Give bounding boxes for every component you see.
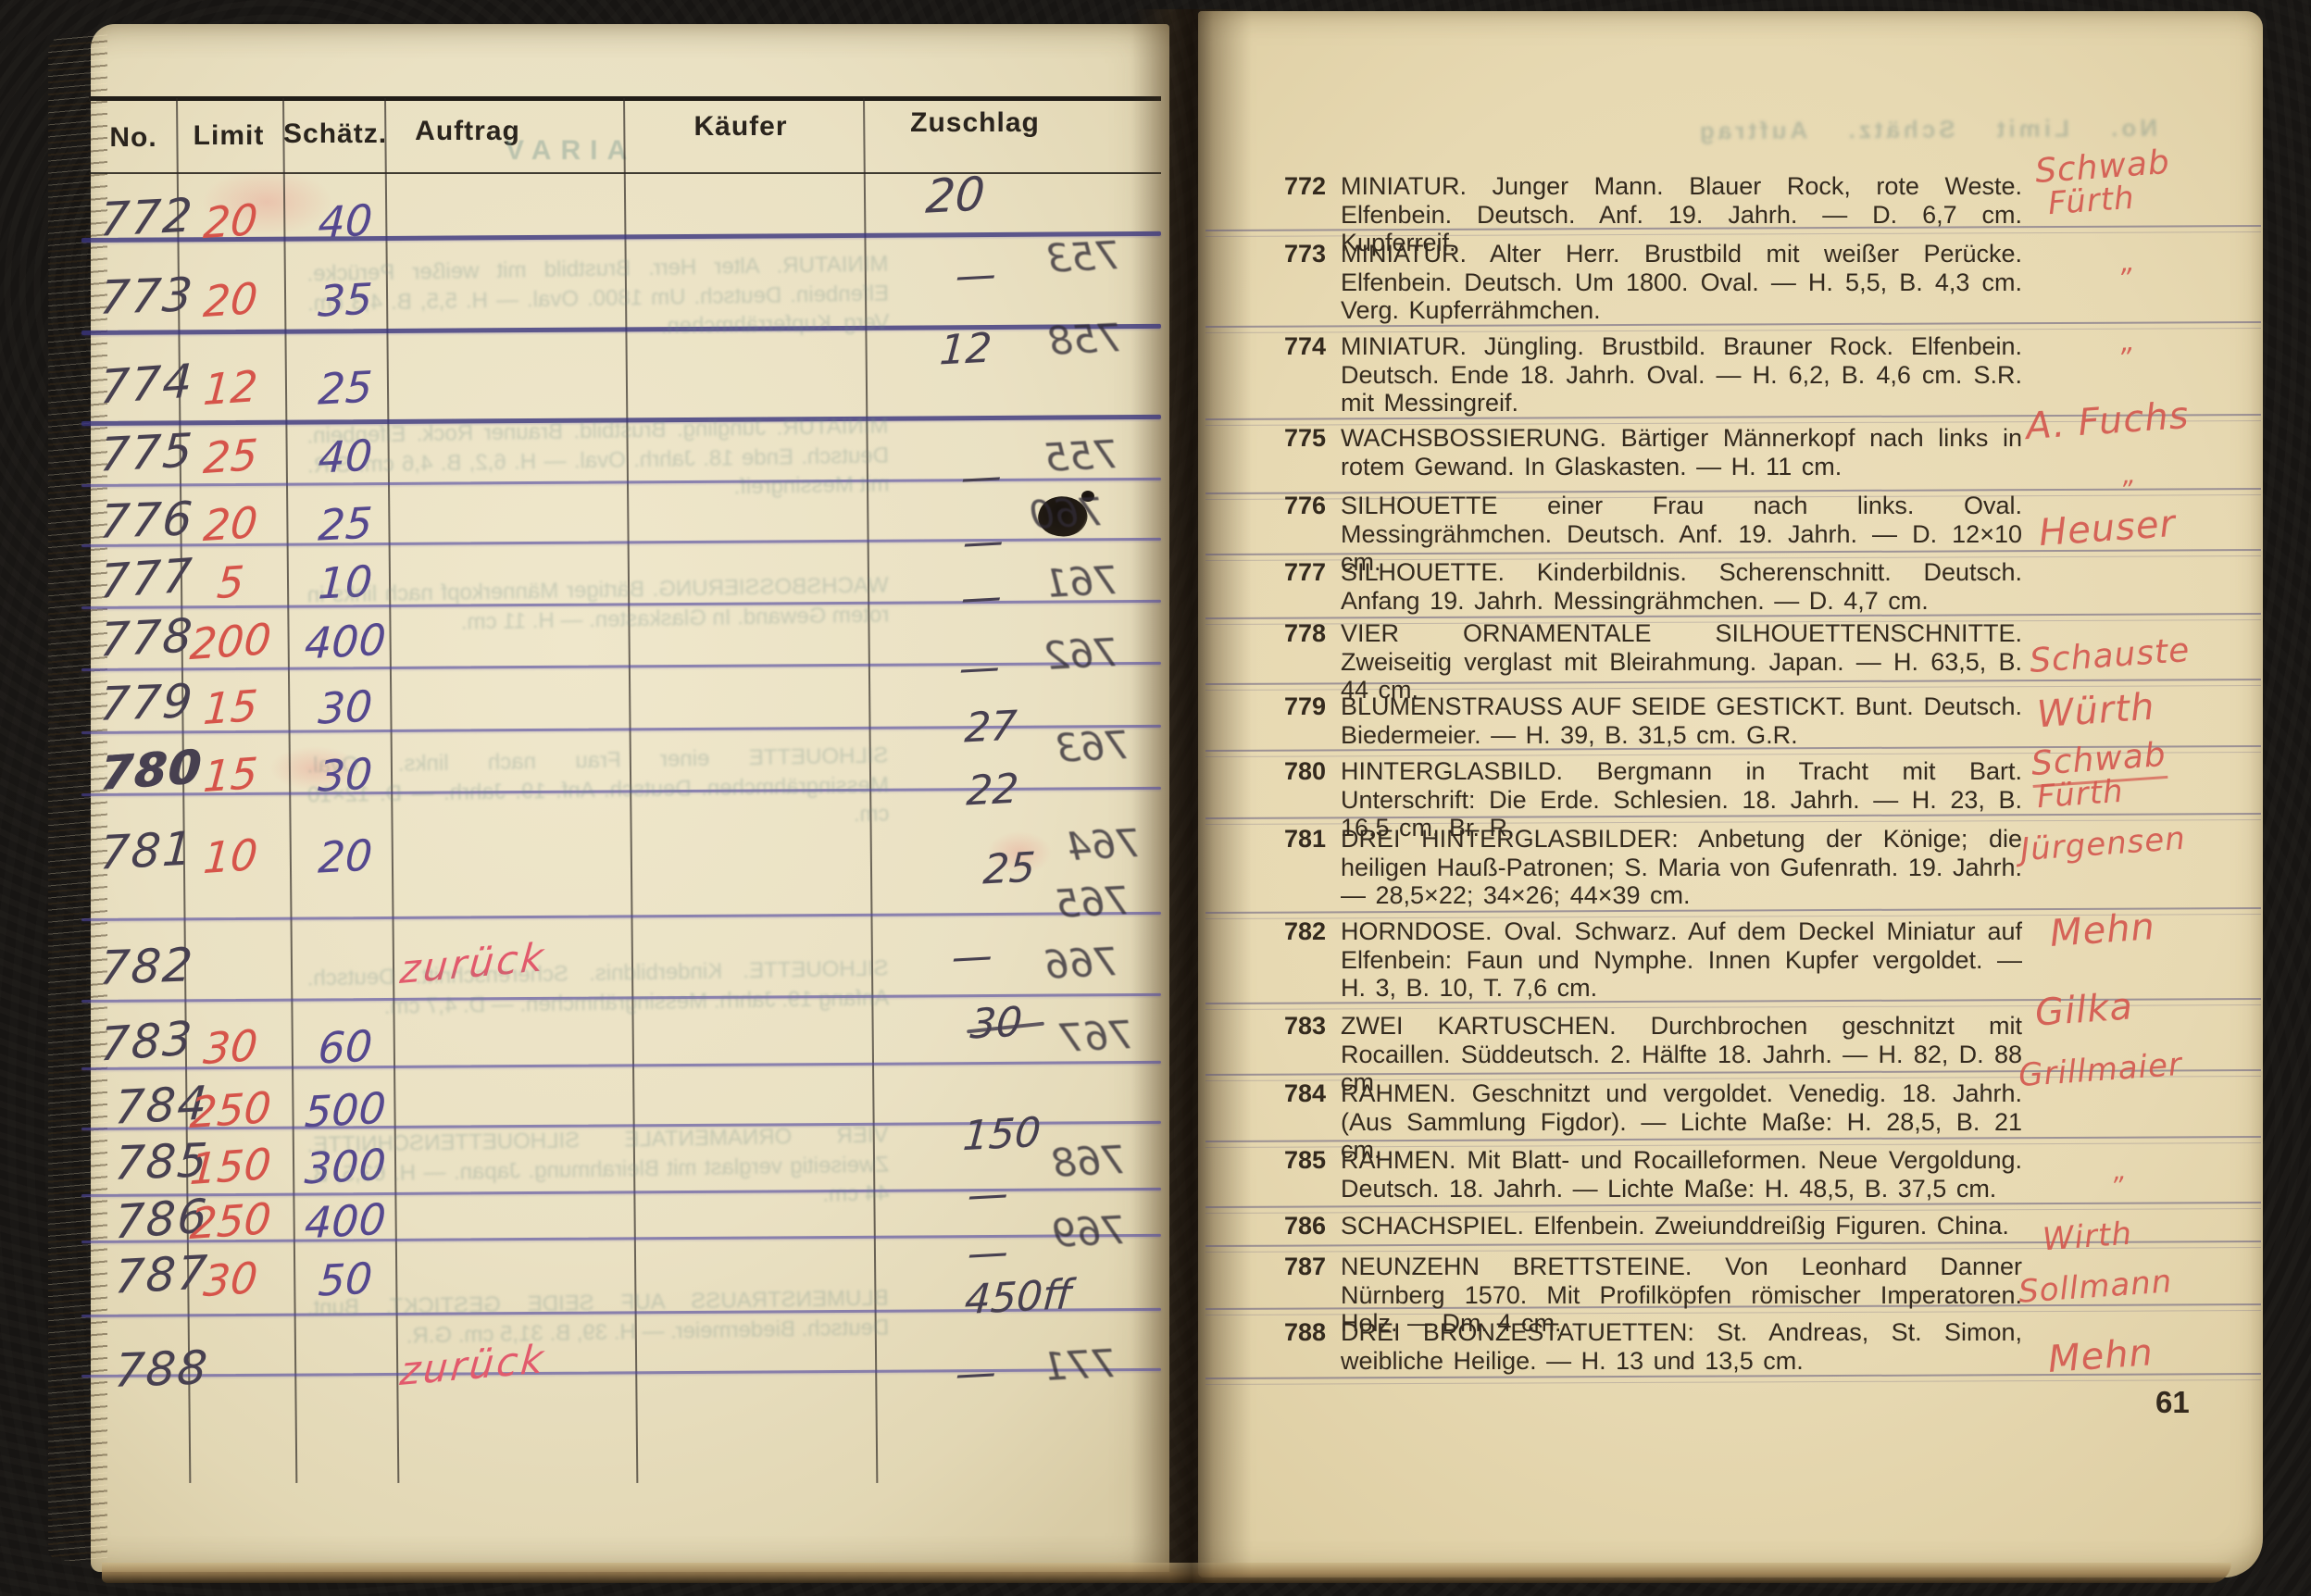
- entry-text: SILHOUETTE. Kinderbildnis. Scherenschnit…: [1341, 558, 2022, 615]
- zuschlag-cell: 12: [938, 324, 993, 374]
- bleedthrough-number: 765: [1055, 878, 1131, 927]
- zuschlag-cell: —: [966, 1170, 1010, 1220]
- bleedthrough-header: No. Limit Schätz. Auftrag: [1324, 114, 2157, 148]
- bleedthrough-number: 769: [1051, 1207, 1128, 1256]
- entry-text: HORNDOSE. Oval. Schwarz. Auf dem Deckel …: [1341, 917, 2022, 1003]
- buyer-name: Würth: [2036, 686, 2156, 737]
- bleedthrough-text: VIER ORNAMENTALE SILHOUETTENSCHNITTE. Zw…: [306, 1121, 890, 1218]
- zuschlag-cell: —: [961, 517, 1006, 567]
- book-gutter-shadow: [1131, 9, 1252, 1583]
- zuschlag-cell: —: [954, 251, 998, 301]
- entry-number: 786: [1276, 1212, 1326, 1241]
- entry-text: MINIATUR. Alter Herr. Brustbild mit weiß…: [1341, 240, 2022, 325]
- limit-cell: 10: [176, 828, 285, 885]
- limit-cell: 200: [176, 613, 285, 670]
- column-header-limit: Limit: [176, 120, 281, 152]
- zuschlag-cell: —: [959, 453, 1004, 503]
- entry-number: 784: [1276, 1079, 1326, 1108]
- limit-cell: 20: [176, 495, 285, 553]
- ledger-no-cell: 782: [97, 938, 195, 995]
- bleedthrough-text: BLUMENSTRAUSS AUF SEIDE GESTICKT. Bunt. …: [306, 1284, 889, 1353]
- entry-text: DREI HINTERGLASBILDER: Anbetung der Köni…: [1341, 825, 2022, 910]
- bleedthrough-text: MINIATUR. Alter Herr. Brustbild mit weiß…: [306, 250, 890, 347]
- limit-cell: 30: [176, 1018, 285, 1076]
- limit-cell: 250: [176, 1192, 285, 1250]
- buyer-name-line2: Fürth: [2036, 773, 2125, 816]
- bleedthrough-number: 767: [1058, 1012, 1135, 1061]
- entry-number: 788: [1276, 1318, 1326, 1347]
- schaetz-cell: 40: [288, 193, 404, 250]
- zuschlag-cell: 30: [968, 998, 1024, 1048]
- buyer-name: „: [2112, 1154, 2129, 1186]
- column-header-schaetz: Schätz.: [283, 118, 385, 150]
- bleedthrough-number: 761: [1043, 557, 1120, 606]
- entry-number: 776: [1276, 492, 1326, 520]
- bleedthrough-text: MINIATUR. Jüngling. Brustbild. Brauner R…: [306, 412, 890, 509]
- limit-cell: 150: [176, 1138, 285, 1195]
- entry-text: VIER ORNAMENTALE SILHOUETTENSCHNITTE. Zw…: [1341, 619, 2022, 704]
- limit-cell: 15: [176, 679, 285, 736]
- zuschlag-cell: —: [957, 643, 1002, 693]
- buyer-name: Gilka: [2034, 985, 2135, 1034]
- zuschlag-cell: 27: [963, 702, 1018, 752]
- bleedthrough-number: 758: [1047, 315, 1124, 364]
- entry-number: 783: [1276, 1012, 1326, 1041]
- bleedthrough-number: 760: [1029, 489, 1106, 538]
- entry-number: 772: [1276, 172, 1326, 201]
- bleedthrough-number: 755: [1043, 431, 1120, 480]
- buyer-name: „: [2119, 245, 2137, 279]
- catalog-photo: No. Limit Schätz. Auftrag Käufer Zuschla…: [0, 0, 2311, 1596]
- limit-cell: 20: [176, 271, 285, 329]
- entry-number: 787: [1276, 1253, 1326, 1281]
- bleedthrough-number: 753: [1045, 232, 1122, 281]
- limit-cell: 12: [176, 359, 285, 417]
- bleedthrough-text: SILHOUETTE einer Frau nach links. Oval. …: [306, 742, 890, 839]
- entry-number: 774: [1276, 332, 1326, 361]
- entry-text: BLUMENSTRAUSS AUF SEIDE GESTICKT. Bunt. …: [1341, 692, 2022, 749]
- bleedthrough-text: WACHSBOSSIERUNG. Bärtiger Männerkopf nac…: [306, 571, 889, 640]
- column-header-kaeufer: Käufer: [662, 111, 819, 143]
- zuschlag-cell: —: [954, 1349, 998, 1399]
- entry-text: WACHSBOSSIERUNG. Bärtiger Männerkopf nac…: [1341, 424, 2022, 480]
- bleedthrough-number: 768: [1051, 1137, 1128, 1186]
- bleedthrough-text: SILHOUETTE. Kinderbildnis. Scherenschnit…: [306, 954, 889, 1023]
- bleedthrough-number: 764: [1066, 820, 1143, 869]
- entry-number: 785: [1276, 1146, 1326, 1175]
- entry-number: 779: [1276, 692, 1326, 721]
- limit-cell: 30: [176, 1251, 285, 1308]
- entry-number: 775: [1276, 424, 1326, 453]
- zuschlag-cell: 450ff: [963, 1271, 1073, 1324]
- buyer-name: Mehn: [2047, 1331, 2155, 1381]
- buyer-name-line2: Fürth: [2047, 180, 2136, 222]
- limit-cell: 25: [176, 428, 285, 485]
- bleedthrough-number: 763: [1055, 722, 1131, 771]
- bleedthrough-number: 771: [1042, 1340, 1118, 1390]
- entry-text: SCHACHSPIEL. Elfenbein. Zweiunddreißig F…: [1341, 1212, 2022, 1241]
- limit-cell: 20: [176, 193, 285, 250]
- schaetz-cell: 60: [288, 1019, 404, 1076]
- page-number: 61: [2155, 1385, 2190, 1420]
- zuschlag-cell: 25: [981, 843, 1037, 893]
- zuschlag-cell: 150: [961, 1109, 1042, 1161]
- limit-cell: 5: [176, 554, 285, 611]
- limit-cell: 15: [176, 746, 285, 804]
- zuschlag-cell: —: [966, 1228, 1010, 1278]
- schaetz-cell: 25: [288, 360, 404, 417]
- buyer-name: Wirth: [2042, 1216, 2133, 1259]
- entry-number: 777: [1276, 558, 1326, 587]
- entry-number: 773: [1276, 240, 1326, 268]
- entry-number: 781: [1276, 825, 1326, 854]
- entry-text: MINIATUR. Jüngling. Brustbild. Brauner R…: [1341, 332, 2022, 418]
- entry-number: 782: [1276, 917, 1326, 946]
- column-header-zuschlag: Zuschlag: [887, 107, 1063, 139]
- buyer-name: Mehn: [2049, 905, 2157, 955]
- entry-text: RAHMEN. Mit Blatt- und Rocailleformen. N…: [1341, 1146, 2022, 1203]
- bleedthrough-number: 762: [1043, 630, 1120, 679]
- zuschlag-cell: 20: [924, 167, 987, 224]
- buyer-name: „: [2121, 458, 2138, 490]
- zuschlag-cell: —: [959, 573, 1004, 623]
- zuschlag-cell: —: [950, 932, 994, 982]
- buyer-name: „: [2119, 325, 2137, 358]
- entry-number: 778: [1276, 619, 1326, 648]
- entry-number: 780: [1276, 757, 1326, 786]
- entry-text: DREI BRONZESTATUETTEN: St. Andreas, St. …: [1341, 1318, 2022, 1375]
- bleedthrough-number: 766: [1043, 939, 1120, 988]
- column-header-no: No.: [93, 122, 174, 154]
- schaetz-cell: 30: [288, 680, 404, 736]
- ledger-no-cell: 788: [112, 1340, 210, 1398]
- bleedthrough-section-title: VARIA: [506, 135, 636, 167]
- zuschlag-cell: 22: [965, 765, 1020, 815]
- limit-cell: 250: [176, 1081, 285, 1139]
